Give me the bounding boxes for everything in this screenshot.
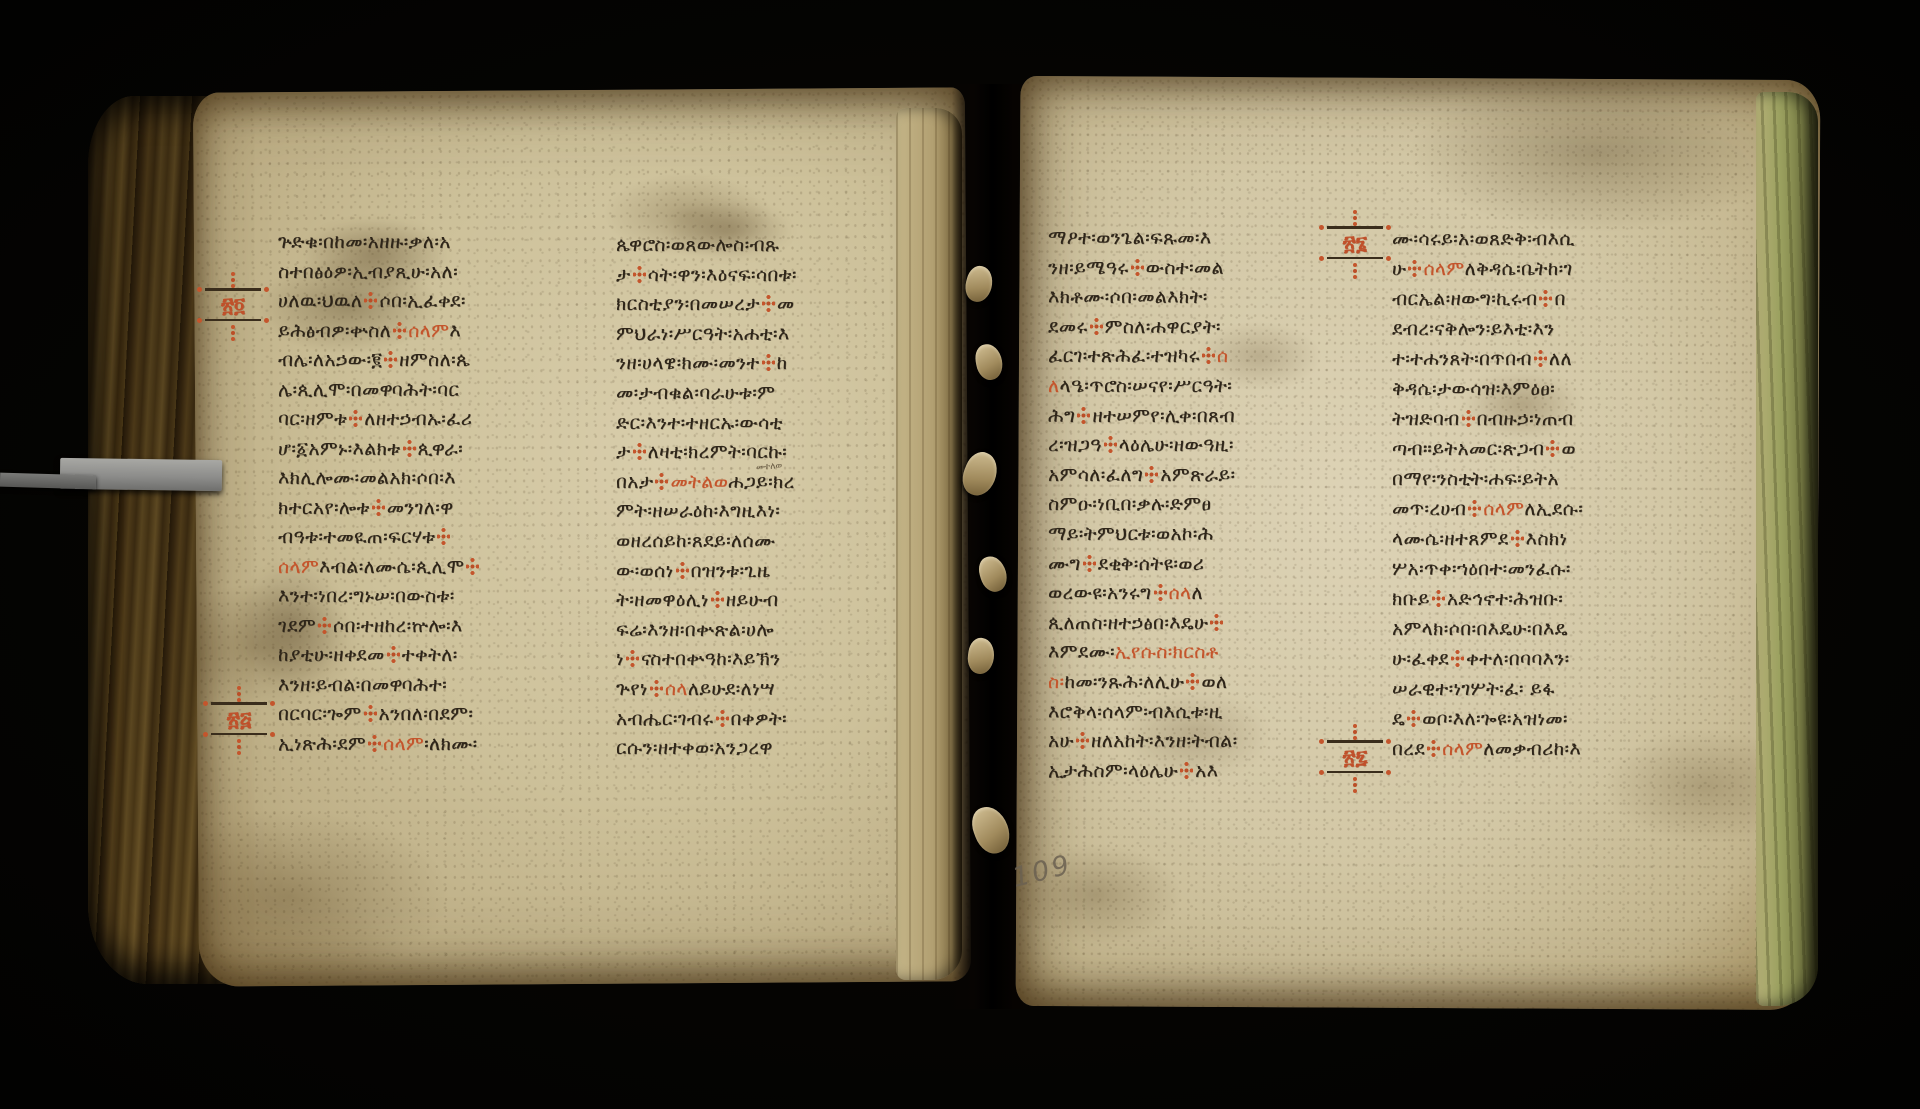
text-column-right-2: ሙ፡ሳሩይ፡አ፡ወጸድቅ፡ብእሲሁሰላምለቅዳሴ፡ቤትከ፡ገብርኤል፡ዘውግ፡ኪ… [1392, 224, 1718, 764]
right-page-fore-edge [1756, 92, 1818, 1006]
red-section-mark [372, 499, 385, 516]
red-section-mark [1546, 440, 1559, 457]
numeral-bar [205, 288, 261, 291]
ink-text: ከያቲሁ፡ዘቀደመ [278, 644, 385, 666]
ink-text: ገደም [278, 615, 316, 637]
ink-text: እሮቅላ፡ሰላም፡ብእሲቱ፡ዚ [1048, 701, 1223, 723]
chapter-number-24: ፳፬ [200, 272, 266, 329]
ink-text: ደብረ፡ናቅሎን፡ይእቲ፡እን [1392, 318, 1555, 340]
ink-text: ድር፡እንተ፡ተዘርኡ፡ውሳቲ [616, 412, 783, 434]
ink-text: ሁ [1392, 258, 1406, 280]
photograph-of-manuscript: ጕድቁ፡በከመ፡አዘዙ፡ቃለ፡አስተበፅዕዎ፡ኢብያጺሁ፡አለ፡ሀለዉ፡ህዉለሶ… [0, 0, 1920, 1109]
red-section-mark [1462, 410, 1475, 427]
ink-text: ሌ፡ጲሊሞ፡በመዋባሕት፡ባር [278, 379, 459, 401]
text-line: ሙግደቂቅ፡ሰትዩ፡ወሪ [1048, 550, 1368, 580]
text-line: ሠራዊተ፡ነገሦት፡ፈ፡ ይፋ [1392, 674, 1718, 704]
ink-text: ናስተበቍዓከ፡እይኽን [641, 648, 780, 670]
red-section-mark [1511, 530, 1524, 547]
bookmark-ribbon-tail [0, 473, 96, 490]
rubricated-text: ለ [1048, 375, 1060, 397]
red-section-mark [318, 617, 331, 634]
text-line: ሁሰላምለቅዳሴ፡ቤትከ፡ገ [1392, 254, 1718, 284]
ink-text: ስምዑ፡ነቢበ፡ቃሉ፡ድምፀ [1048, 493, 1211, 515]
rubricated-text: ሰላም [278, 556, 319, 578]
ink-text: ርሱን፡ዘተቀወ፡አንጋረዋ [616, 737, 773, 759]
ink-text: ወዘረሰይከ፡ጸደይ፡ለሰሙ [616, 530, 775, 552]
rubricated-text: ሰላም [1423, 258, 1464, 280]
rubricated-text: ሰላም [383, 733, 424, 755]
text-line: ደመሩምስለ፡ሐዋርያት፡ [1048, 313, 1368, 343]
chapter-number-25: ፳፭ [206, 686, 272, 743]
text-line: ብዓቱ፡ተመዪጠ፡ፍርሃቱ [278, 523, 612, 553]
ink-text: ታ [616, 264, 631, 286]
text-line: ጕየነሰላለይሁደ፡ለነሣ [616, 675, 920, 705]
ink-text: ጕየነ [616, 678, 648, 700]
ink-text: ደቂቅ፡ሰትዩ፡ወሪ [1098, 553, 1205, 575]
text-line: መጥ፡ረሀብሰላምለኢደሱ፡ [1392, 494, 1718, 524]
red-section-mark [1432, 590, 1445, 607]
ink-text: እምደሙ፡ [1048, 641, 1115, 663]
numeral-ornament-dots [1353, 724, 1357, 728]
text-line: ው፡ወሰነበዝንቱ፡ጊዜ [616, 557, 920, 587]
text-line: ደብረ፡ናቅሎን፡ይእቲ፡እን [1392, 314, 1718, 344]
ink-text: ፈርገ፡ተጽሕፈ፡ተዝካሩ [1048, 345, 1200, 367]
text-line: እሮቅላ፡ሰላም፡ብእሲቱ፡ዚ [1048, 698, 1368, 728]
red-section-mark [633, 266, 646, 283]
ink-text: ክቡይ [1392, 588, 1430, 610]
ink-text: ለዘተኃብኡ፡ፈሪ [364, 408, 472, 430]
ink-text: ለቅዳሴ፡ቤትከ፡ገ [1465, 258, 1573, 280]
text-line: ዴወቦ፡እለ፡ጐዩ፡አዝነመ፡ [1392, 704, 1718, 734]
ink-text: ወለ [1201, 671, 1227, 693]
ink-text: ንዘ፡ይሜዓሩ [1048, 257, 1129, 279]
rubricated-text: ሰላም [408, 320, 449, 342]
rubricated-text: ሰላም [1442, 738, 1483, 760]
ink-text: ሶበ፡ተዘከረ፡ኵሎ፡እ [333, 615, 463, 637]
ink-text: ማይ፡ትምህርቱ፡ወአኮ፡ሕ [1048, 523, 1214, 545]
red-section-mark [384, 351, 397, 368]
ink-text: ሐጋይ፡ክረ [728, 471, 794, 493]
ink-text: መጥ፡ረሀብ [1392, 498, 1466, 520]
ink-text: ደመሩ [1048, 316, 1088, 338]
numeral-ornament-dots [237, 686, 241, 690]
text-line: ብርኤል፡ዘውግ፡ኪሩብበ [1392, 284, 1718, 314]
text-line: ስምዑ፡ነቢበ፡ቃሉ፡ድምፀ [1048, 490, 1368, 520]
text-line: ለላዔ፡ጥሮስ፡ሠናየ፡ሥርዓት፡ [1048, 372, 1368, 402]
red-section-mark [762, 354, 775, 371]
marginal-gloss: መተለወ [756, 461, 783, 473]
ink-text: አምጽራይ፡ [1160, 464, 1235, 486]
numeral-bar [211, 733, 267, 736]
ink-text: ጴዋሮስ፡ወጸውሎስ፡ብጹ [616, 234, 779, 256]
text-line: ንዘ፡ሀላዌ፡ክሙ፡መንተከ [616, 349, 920, 379]
ink-text: ሕግ [1048, 405, 1075, 427]
text-line: መ፡ታብቁል፡ባራሁቱ፡ም [616, 379, 920, 409]
ink-text: በርባር፡ጐም [278, 703, 362, 725]
red-section-mark [1210, 614, 1223, 631]
red-section-mark [1427, 740, 1440, 757]
numeral-bar [1327, 226, 1383, 229]
red-section-mark [1534, 350, 1547, 367]
text-line: ጲለጠስ፡ዘተኃፅበ፡እዴሁ [1048, 609, 1368, 639]
ink-text: ፍሬ፡እንዘ፡በቍጽል፡ሀሎ [616, 619, 774, 641]
ink-text: አምሳለ፡ፈለግ [1048, 464, 1143, 486]
numeral-bar [205, 319, 261, 322]
ink-text: ማዖተ፡ወንጌል፡ፍጹመ፡እ [1048, 227, 1211, 249]
red-section-mark [364, 705, 377, 722]
ink-text: ወቦ፡እለ፡ጐዩ፡አዝነመ፡ [1422, 708, 1568, 730]
red-section-mark [655, 473, 668, 490]
ink-text: በ [1554, 288, 1565, 310]
ink-text: በማየ፡ንስቲት፡ሐፍ፡ይትአ [1392, 468, 1559, 490]
ink-text: ይሕፅብዎ፡ቍስለ [278, 320, 391, 342]
ink-text: ለመቃብሪከ፡እ [1483, 738, 1581, 760]
text-line: እክቶሙ፡ሶበ፡መልእክት፡ [1048, 283, 1368, 313]
ink-text: በአታ [616, 471, 653, 493]
ink-text: አንበለ፡በደም፡ [379, 703, 474, 725]
rubricated-text: ስ፡ [1048, 671, 1064, 693]
ink-text: አምላክ፡ሶበ፡በእዴሁ፡በእዴ [1392, 618, 1568, 640]
text-line: ምት፡ዘሠራዕከ፡እግዚእነ፡ [616, 497, 920, 527]
red-section-mark [1202, 347, 1215, 364]
text-line: ጣብ።ይትአመር፡ጽጋብወ [1392, 434, 1718, 464]
text-line: ማይ፡ትምህርቱ፡ወአኮ፡ሕ [1048, 520, 1368, 550]
text-line: ስ፡ከመ፡ንጹሕ፡ለሊሁወለ [1048, 668, 1368, 698]
text-line: ላሙሴ፡ዘተጸምደእስክነ [1392, 524, 1718, 554]
rubricated-text: ሰላ [665, 678, 688, 700]
ink-text: በብዙኃ፡ነጠብ [1477, 408, 1574, 430]
numeral-bar [1327, 771, 1383, 774]
ink-text: እክሊሎሙ፡መልአክ፡ሶበ፡እ [278, 467, 456, 489]
ink-text: እስክነ [1526, 528, 1568, 550]
text-line: ገደምሶበ፡ተዘከረ፡ኵሎ፡እ [278, 612, 612, 642]
text-line: እክሊሎሙ፡መልአክ፡ሶበ፡እ [278, 464, 612, 494]
ink-text: ዘይሁብ [726, 589, 779, 611]
ink-text: ታ [616, 441, 631, 463]
ink-text: ረ፡ዝጋዓ [1048, 434, 1102, 456]
red-section-mark [437, 528, 450, 545]
text-line: ሰላምእብል፡ለሙሴ፡ጲሊሞ [278, 553, 612, 583]
ink-text: ክርስቲያን፡በመሠረታ [616, 293, 760, 315]
red-section-mark [1451, 650, 1464, 667]
ink-text: አሁ [1048, 730, 1074, 752]
ink-text: ቅዳሴ፡ታውሳዝ፡እምዕፀ፡ [1392, 378, 1555, 400]
ink-text: አብሔር፡ገብሩ [616, 708, 714, 730]
red-section-mark [349, 410, 362, 427]
ink-text: እ [449, 320, 461, 342]
ink-text: ጕድቁ፡በከመ፡አዘዙ፡ቃለ፡አ [278, 231, 451, 253]
ink-text: ንዘ፡ሀላዌ፡ክሙ፡መንተ [616, 352, 760, 374]
ink-text: እንተ፡ነበረ፡ግኑሠ፡በውስቱ፡ [278, 585, 455, 607]
ink-text: አእ [1195, 760, 1218, 782]
ink-text: ለለ [1549, 348, 1572, 370]
ink-text: መ፡ታብቁል፡ባራሁቱ፡ም [616, 382, 775, 404]
ink-text: ለኢደሱ፡ [1524, 498, 1583, 520]
red-section-mark [368, 735, 381, 752]
ink-text: በረደ [1392, 738, 1425, 760]
text-line: እንዘ፡ይብል፡በመዋባሕተ፡ [278, 671, 612, 701]
numeral-ornament-dots [1353, 210, 1357, 214]
ink-text: ከ [777, 352, 788, 374]
text-line: ርሱን፡ዘተቀወ፡አንጋረዋ [616, 734, 920, 764]
ink-text: ለይሁደ፡ለነሣ [688, 678, 775, 700]
ink-text: ውስተ፡መል [1146, 257, 1224, 279]
ink-text: ትዝድባብ [1392, 408, 1460, 430]
text-line: ክቡይአድኅኖተ፡ሕዝቡ፡ [1392, 584, 1718, 614]
numeral-bar [211, 702, 267, 705]
text-line: ረ፡ዝጋዓላዕሌሁ፡ዘውዓዚ፡ [1048, 431, 1368, 461]
text-line: ክተርአየ፡ሎቱመንገለ፡ዋ [278, 494, 612, 524]
ink-text: ብዓቱ፡ተመዪጠ፡ፍርሃቱ [278, 526, 435, 548]
rubricated-text: ሰላም [1483, 498, 1524, 520]
text-line: በማየ፡ንስቲት፡ሐፍ፡ይትአ [1392, 464, 1718, 494]
text-line: ት፡ዘመዋዕሊነዘይሁብ [616, 586, 920, 616]
text-line: ተ፡ተሐንጸት፡በጥበብለለ [1392, 344, 1718, 374]
ink-text: ሁ፡ፈቀደ [1392, 648, 1449, 670]
red-section-mark [1154, 584, 1167, 601]
ink-text: ለዛቲ፡ክረምት፡ባርኩ፡ [648, 441, 787, 463]
red-section-mark [626, 650, 639, 667]
ink-text: ዴ [1392, 708, 1405, 730]
text-line: ሙ፡ሳሩይ፡አ፡ወጸድቅ፡ብእሲ [1392, 224, 1718, 254]
text-line: ይሕፅብዎ፡ቍስለሰላምእ [278, 317, 612, 347]
numeral-ornament-dots [1353, 777, 1357, 781]
text-line: ሦአ፡ጥቀ፡ኀዕበተ፡መንፈሱ፡ [1392, 554, 1718, 584]
red-section-mark [1468, 500, 1481, 517]
ink-text: ከመ፡ንጹሕ፡ለሊሁ [1064, 671, 1184, 693]
chapter-number-27: ፳፯ [1322, 724, 1388, 781]
chapter-numeral: ፳፯ [1322, 745, 1388, 769]
red-section-mark [1539, 290, 1552, 307]
ink-text: ቀተለ፡በባባእን፡ [1466, 648, 1570, 670]
ink-text: መ [777, 293, 795, 315]
red-section-mark [1186, 673, 1199, 690]
ink-text: ኢነጽሕ፡ደም [278, 733, 366, 755]
text-line: ሆ፡፩አምኑ፡እልክቱጲዋራ፡ [278, 435, 612, 465]
ink-text: ላሙሴ፡ዘተጸምደ [1392, 528, 1509, 550]
text-line: ነናስተበቍዓከ፡እይኽን [616, 645, 920, 675]
red-section-mark [716, 710, 729, 727]
text-line: እምደሙ፡ኢየሱስ፡ክርስቶ [1048, 638, 1368, 668]
ink-text: ሶበ፡ኢፈቀደ፡ [379, 290, 465, 312]
text-line: ብሌ፡ለአኃው፡፪ዘምስለ፡ጴ [278, 346, 612, 376]
text-line: ክርስቲያን፡በመሠረታመ [616, 290, 920, 320]
rubricated-text: ሰላ [1169, 582, 1192, 604]
ink-text: ክተርአየ፡ሎቱ [278, 497, 370, 519]
red-section-mark [1090, 318, 1103, 335]
ink-text: ላዔ፡ጥሮስ፡ሠናየ፡ሥርዓት፡ [1060, 375, 1233, 397]
numeral-ornament-dots [231, 325, 235, 329]
numeral-ornament-dots [231, 272, 235, 276]
ink-text: ሠራዊተ፡ነገሦት፡ፈ፡ ይፋ [1392, 678, 1555, 700]
text-line: በረደሰላምለመቃብሪከ፡እ [1392, 734, 1718, 764]
red-section-mark [364, 292, 377, 309]
text-line: ሌ፡ጲሊሞ፡በመዋባሕት፡ባር [278, 376, 612, 406]
text-line: ባር፡ዘምቱለዘተኃብኡ፡ፈሪ [278, 405, 612, 435]
chapter-numeral: ፳፬ [200, 293, 266, 317]
ink-text: ተቀትለ፡ [402, 644, 458, 666]
ink-text: በዝንቱ፡ጊዜ [691, 560, 771, 582]
numeral-bar [1327, 740, 1383, 743]
red-section-mark [1083, 555, 1096, 572]
text-line: ጴዋሮስ፡ወጸውሎስ፡ብጹ [616, 231, 920, 261]
text-line: ወረውዩ፡አንሩግሰላለ [1048, 579, 1368, 609]
ink-text: ወረውዩ፡አንሩግ [1048, 582, 1152, 604]
red-section-mark [1145, 466, 1158, 483]
text-line: ስተበፅዕዎ፡ኢብያጺሁ፡አለ፡ [278, 258, 612, 288]
ink-text: ዘተሠምየ፡ሊቀ፡በጸብ [1092, 405, 1235, 427]
text-line: ቅዳሴ፡ታውሳዝ፡እምዕፀ፡ [1392, 374, 1718, 404]
red-section-mark [711, 591, 724, 608]
red-section-mark [387, 646, 400, 663]
red-section-mark [1076, 732, 1089, 749]
ink-text: ስተበፅዕዎ፡ኢብያጺሁ፡አለ፡ [278, 261, 458, 283]
ink-text: እንዘ፡ይብል፡በመዋባሕተ፡ [278, 674, 447, 696]
ink-text: ምት፡ዘሠራዕከ፡እግዚእነ፡ [616, 500, 780, 522]
ink-text: ላዕሌሁ፡ዘውዓዚ፡ [1119, 434, 1234, 456]
ink-text: መንገለ፡ዋ [387, 497, 454, 519]
ink-text: ሙ፡ሳሩይ፡አ፡ወጸድቅ፡ብእሲ [1392, 228, 1575, 250]
text-line: ጕድቁ፡በከመ፡አዘዙ፡ቃለ፡አ [278, 228, 612, 258]
ink-text: ተ፡ተሐንጸት፡በጥበብ [1392, 348, 1532, 370]
text-line: ፍሬ፡እንዘ፡በቍጽል፡ሀሎ [616, 616, 920, 646]
text-line: ምህራነ፡ሥርዓት፡አሐቲ፡እ [616, 320, 920, 350]
text-line: በርባር፡ጐምአንበለ፡በደም፡ [278, 700, 612, 730]
red-section-mark [650, 680, 663, 697]
text-column-left-1: ጕድቁ፡በከመ፡አዘዙ፡ቃለ፡አስተበፅዕዎ፡ኢብያጺሁ፡አለ፡ሀለዉ፡ህዉለሶ… [278, 228, 612, 759]
text-line: ወዘረሰይከ፡ጸደይ፡ለሰሙ [616, 527, 920, 557]
red-section-mark [1407, 710, 1420, 727]
text-line: ከያቲሁ፡ዘቀደመተቀትለ፡ [278, 641, 612, 671]
ink-text: ብርኤል፡ዘውግ፡ኪሩብ [1392, 288, 1537, 310]
rubricated-text: ሰ [1217, 345, 1229, 367]
ink-text: ሳት፡ዋን፡እዕናፍ፡ሳበቱ፡ [648, 264, 797, 286]
red-section-mark [762, 295, 775, 312]
text-line: ኢነጽሕ፡ደምሰላም፡ለክሙ፡ [278, 730, 612, 760]
red-section-mark [1104, 436, 1117, 453]
text-line: ሁ፡ፈቀደቀተለ፡በባባእን፡ [1392, 644, 1718, 674]
chapter-numeral: ፳፮ [1322, 231, 1388, 255]
ink-text: ኢታሕስም፡ላዕሌሁ [1048, 760, 1178, 782]
red-section-mark [466, 558, 479, 575]
rubricated-text: መትልወ [670, 471, 728, 493]
red-section-mark [676, 562, 689, 579]
numeral-bar [1327, 257, 1383, 260]
text-line: ትዝድባብበብዙኃ፡ነጠብ [1392, 404, 1718, 434]
ink-text: ጲለጠስ፡ዘተኃፅበ፡እዴሁ [1048, 612, 1208, 634]
ink-text: ባር፡ዘምቱ [278, 408, 347, 430]
chapter-number-26: ፳፮ [1322, 210, 1388, 267]
red-section-mark [1408, 260, 1421, 277]
text-line: እንተ፡ነበረ፡ግኑሠ፡በውስቱ፡ [278, 582, 612, 612]
ink-text: ምህራነ፡ሥርዓት፡አሐቲ፡እ [616, 323, 790, 345]
ink-text: አድኅኖተ፡ሕዝቡ፡ [1447, 588, 1563, 610]
ink-text: በቀዎት፡ [731, 708, 787, 730]
text-line: ሕግዘተሠምየ፡ሊቀ፡በጸብ [1048, 402, 1368, 432]
red-section-mark [1077, 407, 1090, 424]
red-section-mark [393, 322, 406, 339]
text-column-left-2: ጴዋሮስ፡ወጸውሎስ፡ብጹታሳት፡ዋን፡እዕናፍ፡ሳበቱ፡ክርስቲያን፡በመሠረ… [616, 231, 920, 764]
numeral-ornament-dots [1353, 263, 1357, 267]
ink-text: ጣብ።ይትአመር፡ጽጋብ [1392, 438, 1544, 460]
rubricated-text: ኢየሱስ፡ክርስቶ [1115, 641, 1219, 663]
ink-text: ት፡ዘመዋዕሊነ [616, 589, 709, 611]
ink-text: እክቶሙ፡ሶበ፡መልእክት፡ [1048, 286, 1208, 308]
ink-text: ጲዋራ፡ [418, 438, 463, 460]
text-line: በአታመትልወሐጋይ፡ክረ [616, 468, 920, 498]
text-line: ድር፡እንተ፡ተዘርኡ፡ውሳቲ [616, 409, 920, 439]
ink-text: ምስለ፡ሐዋርያት፡ [1105, 316, 1221, 338]
ink-text: ብሌ፡ለአኃው፡፪ [278, 349, 382, 371]
ink-text: ወ [1561, 438, 1576, 460]
ink-text: ለ [1192, 582, 1204, 604]
ink-text: ፡ለክሙ፡ [424, 733, 477, 755]
ink-text: ነ [616, 648, 624, 670]
text-line: ፈርገ፡ተጽሕፈ፡ተዝካሩሰ [1048, 342, 1368, 372]
red-section-mark [1180, 762, 1193, 779]
ink-text: ው፡ወሰነ [616, 560, 674, 582]
text-line: አምሳለ፡ፈለግአምጽራይ፡ [1048, 461, 1368, 491]
red-section-mark [1131, 259, 1144, 276]
text-line: ታሳት፡ዋን፡እዕናፍ፡ሳበቱ፡ [616, 261, 920, 291]
text-line: ሀለዉ፡ህዉለሶበ፡ኢፈቀደ፡ [278, 287, 612, 317]
red-section-mark [403, 440, 416, 457]
ink-text: ሆ፡፩አምኑ፡እልክቱ [278, 438, 401, 460]
numeral-ornament-dots [237, 739, 241, 743]
ink-text: ሦአ፡ጥቀ፡ኀዕበተ፡መንፈሱ፡ [1392, 558, 1571, 580]
ink-text: ሀለዉ፡ህዉለ [278, 290, 362, 312]
text-column-right-1: ማዖተ፡ወንጌል፡ፍጹመ፡እንዘ፡ይሜዓሩውስተ፡መልእክቶሙ፡ሶበ፡መልእክት… [1048, 224, 1368, 786]
text-line: አምላክ፡ሶበ፡በእዴሁ፡በእዴ [1392, 614, 1718, 644]
ink-text: እብል፡ለሙሴ፡ጲሊሞ [319, 556, 464, 578]
red-section-mark [633, 443, 646, 460]
ink-text: ዘለአከት፡እንዘ፡ትብል፡ [1091, 730, 1238, 752]
chapter-numeral: ፳፭ [206, 707, 272, 731]
ink-text: ዘምስለ፡ጴ [399, 349, 470, 371]
text-line: አብሔር፡ገብሩበቀዎት፡ [616, 705, 920, 735]
ink-text: ሙግ [1048, 553, 1081, 575]
